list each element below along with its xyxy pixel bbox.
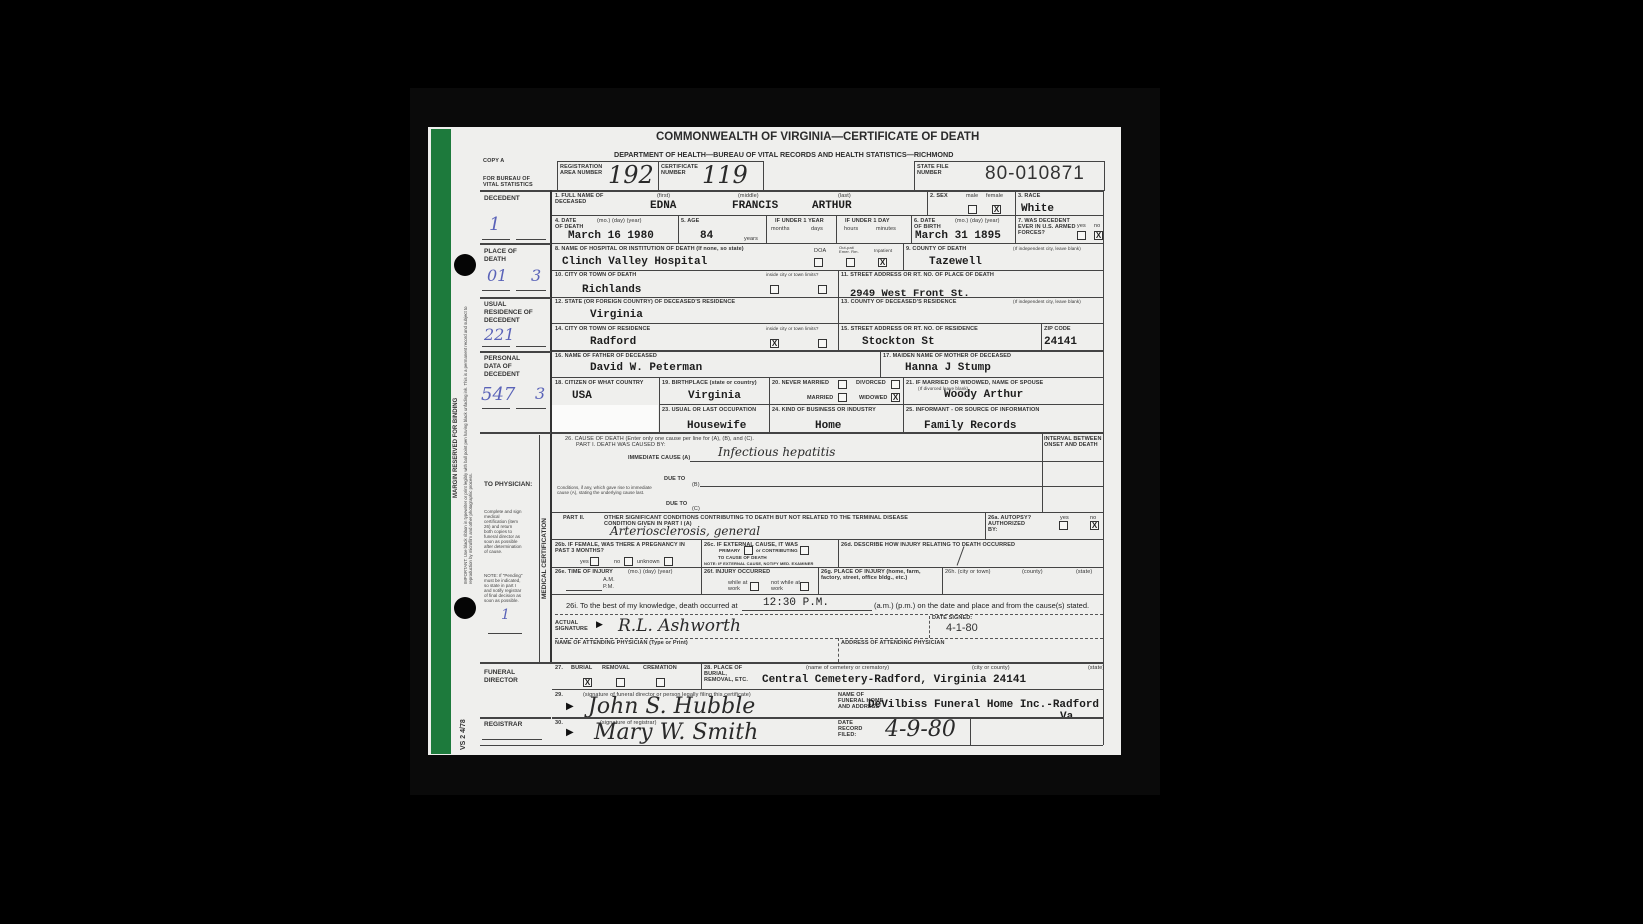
injury-not-at-work-checkbox[interactable] (800, 582, 809, 591)
date-of-death: March 16 1980 (568, 230, 654, 242)
autopsy-no-checkbox[interactable]: X (1090, 521, 1099, 530)
certificate-title: COMMONWEALTH OF VIRGINIA—CERTIFICATE OF … (656, 131, 979, 143)
burial-checkbox[interactable]: X (583, 678, 592, 687)
time-of-death: 12:30 P.M. (763, 597, 829, 609)
cremation-checkbox[interactable] (656, 678, 665, 687)
place-of-burial: Central Cemetery-Radford, Virginia 24141 (762, 674, 1026, 686)
funeral-home: DeVilbiss Funeral Home Inc.-Radford (868, 699, 1099, 711)
sex-male-checkbox[interactable] (968, 205, 977, 214)
autopsy-yes-checkbox[interactable] (1059, 521, 1068, 530)
industry: Home (815, 420, 841, 432)
pregnancy-yes-checkbox[interactable] (590, 557, 599, 566)
age: 84 (700, 230, 713, 242)
section-personal-data: PERSONAL DATA OF DECEDENT (484, 355, 534, 379)
date-filed: 4-9-80 (885, 717, 956, 742)
inpatient-checkbox[interactable]: X (878, 258, 887, 267)
divorced-checkbox[interactable] (891, 380, 900, 389)
widowed-checkbox[interactable]: X (891, 393, 900, 402)
father-name: David W. Peterman (590, 362, 702, 374)
street-of-residence: Stockton St (862, 336, 935, 348)
county-of-death: Tazewell (929, 256, 982, 268)
physician-signature: R.L. Ashworth (618, 616, 741, 636)
armed-forces-yes-checkbox[interactable] (1077, 231, 1086, 240)
hospital-name: Clinch Valley Hospital (562, 256, 707, 268)
married-checkbox[interactable] (838, 393, 847, 402)
pregnancy-unknown-checkbox[interactable] (664, 557, 673, 566)
armed-forces-no-checkbox[interactable]: X (1094, 231, 1103, 240)
section-place-of-death: PLACE OF DEATH (484, 248, 534, 264)
medical-certification-label: MEDICAL CERTIFICATION (541, 518, 549, 599)
zip-code: 24141 (1044, 336, 1077, 348)
state-of-residence: Virginia (590, 309, 643, 321)
informant: Family Records (924, 420, 1016, 432)
green-binding-stripe (431, 129, 451, 754)
state-file-number: 80-010871 (985, 163, 1085, 185)
date-of-birth: March 31 1895 (915, 230, 1001, 242)
residence-inside-limits-yes[interactable]: X (770, 339, 779, 348)
injury-at-work-checkbox[interactable] (750, 582, 759, 591)
middle-name: FRANCIS (732, 200, 778, 212)
date-signed: 4-1-80 (946, 622, 978, 634)
never-married-checkbox[interactable] (838, 380, 847, 389)
city-of-residence: Radford (590, 336, 636, 348)
play-arrow-icon: ▶ (596, 619, 603, 630)
section-decedent: DECEDENT (484, 195, 520, 203)
punch-hole-icon (454, 254, 476, 276)
race: White (1021, 203, 1054, 215)
citizenship: USA (572, 390, 592, 402)
birthplace: Virginia (688, 390, 741, 402)
conditions-note: Conditions, if any, which gave rise to i… (557, 485, 657, 495)
doa-checkbox[interactable] (814, 258, 823, 267)
last-name: ARTHUR (812, 200, 852, 212)
section-to-physician: TO PHYSICIAN: (484, 481, 534, 489)
death-inside-limits-no[interactable] (818, 285, 827, 294)
punch-hole-icon (454, 597, 476, 619)
primary-cause-checkbox[interactable] (744, 546, 753, 555)
sex-female-checkbox[interactable]: X (992, 205, 1001, 214)
first-name: EDNA (650, 200, 676, 212)
death-inside-limits-yes[interactable] (770, 285, 779, 294)
other-conditions: Arteriosclerosis, general (610, 524, 760, 538)
funeral-director-signature: John S. Hubble (588, 694, 755, 719)
certificate-number: 119 (702, 161, 748, 189)
immediate-cause: Infectious hepatitis (718, 445, 835, 459)
occupation: Housewife (687, 420, 746, 432)
spouse-name: Woody Arthur (944, 389, 1023, 401)
city-of-death: Richlands (582, 284, 641, 296)
removal-checkbox[interactable] (616, 678, 625, 687)
binding-margin-note: MARGIN RESERVED FOR BINDING (452, 398, 460, 498)
registration-area-number: 192 (608, 161, 654, 189)
outpatient-checkbox[interactable] (846, 258, 855, 267)
registrar-signature: Mary W. Smith (594, 720, 758, 745)
form-code: VS 2 4/78 (460, 719, 468, 750)
section-usual-residence: USUAL RESIDENCE OF DECEDENT (484, 301, 544, 325)
redacted-field-22 (552, 405, 658, 432)
play-arrow-icon: ▶ (566, 701, 574, 712)
physician-instructions: Complete and sign medical certification … (484, 509, 522, 554)
pending-note: NOTE: If "Pending" must be indicated, so… (484, 573, 524, 603)
important-note: IMPORTANT: Use black ribbon in typewrite… (463, 284, 473, 584)
mother-maiden-name: Hanna J Stump (905, 362, 991, 374)
residence-inside-limits-no[interactable] (818, 339, 827, 348)
bureau-label: FOR BUREAU OF VITAL STATISTICS (483, 176, 541, 188)
contributing-cause-checkbox[interactable] (800, 546, 809, 555)
copy-label: COPY A (483, 158, 504, 164)
section-funeral-director: FUNERAL DIRECTOR (484, 669, 534, 685)
play-arrow-icon: ▶ (566, 727, 574, 738)
section-registrar: REGISTRAR (484, 721, 522, 729)
pregnancy-no-checkbox[interactable] (624, 557, 633, 566)
certificate-subtitle: DEPARTMENT OF HEALTH—BUREAU OF VITAL REC… (614, 150, 953, 159)
